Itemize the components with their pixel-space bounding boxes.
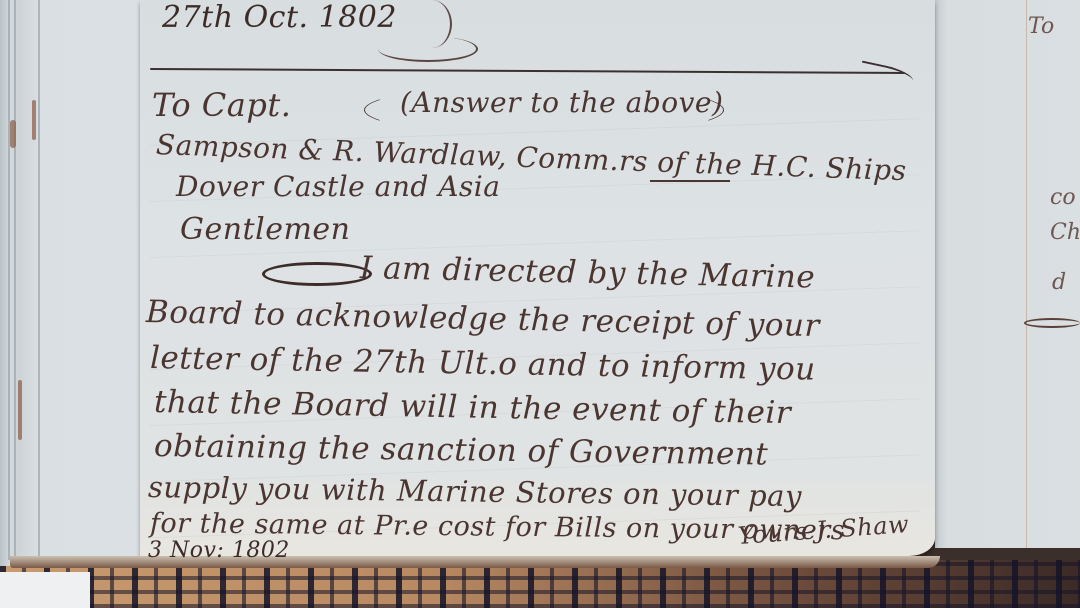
page-edge-line <box>14 0 16 560</box>
addressee-line-3: Dover Castle and Asia <box>176 170 500 203</box>
paper-stain <box>10 120 16 148</box>
paper-stain <box>32 100 36 140</box>
letter-date: 3 Nov: 1802 <box>148 538 290 563</box>
paper-stain <box>18 380 22 440</box>
page-edge-line <box>8 0 10 560</box>
addressee-line-1: To Capt. <box>152 86 291 124</box>
right-page-text-fragment: co <box>1050 185 1076 210</box>
white-cloth <box>0 572 90 608</box>
date-flourish <box>412 0 452 48</box>
right-page-text-fragment: d <box>1052 270 1066 295</box>
salutation: Gentlemen <box>180 212 350 247</box>
right-page-margin-line <box>1026 0 1027 548</box>
right-page-text-fragment: To <box>1028 14 1054 39</box>
previous-entry-date: 27th Oct. 1802 <box>162 0 397 35</box>
page-edge-line <box>38 0 40 560</box>
salutation-flourish <box>262 262 372 286</box>
right-page-text-fragment: Ch <box>1050 220 1080 245</box>
answer-annotation: (Answer to the above) <box>400 86 723 119</box>
dash-flourish <box>650 180 730 182</box>
right-page-flourish <box>1024 318 1080 328</box>
left-page-edge <box>0 0 150 566</box>
